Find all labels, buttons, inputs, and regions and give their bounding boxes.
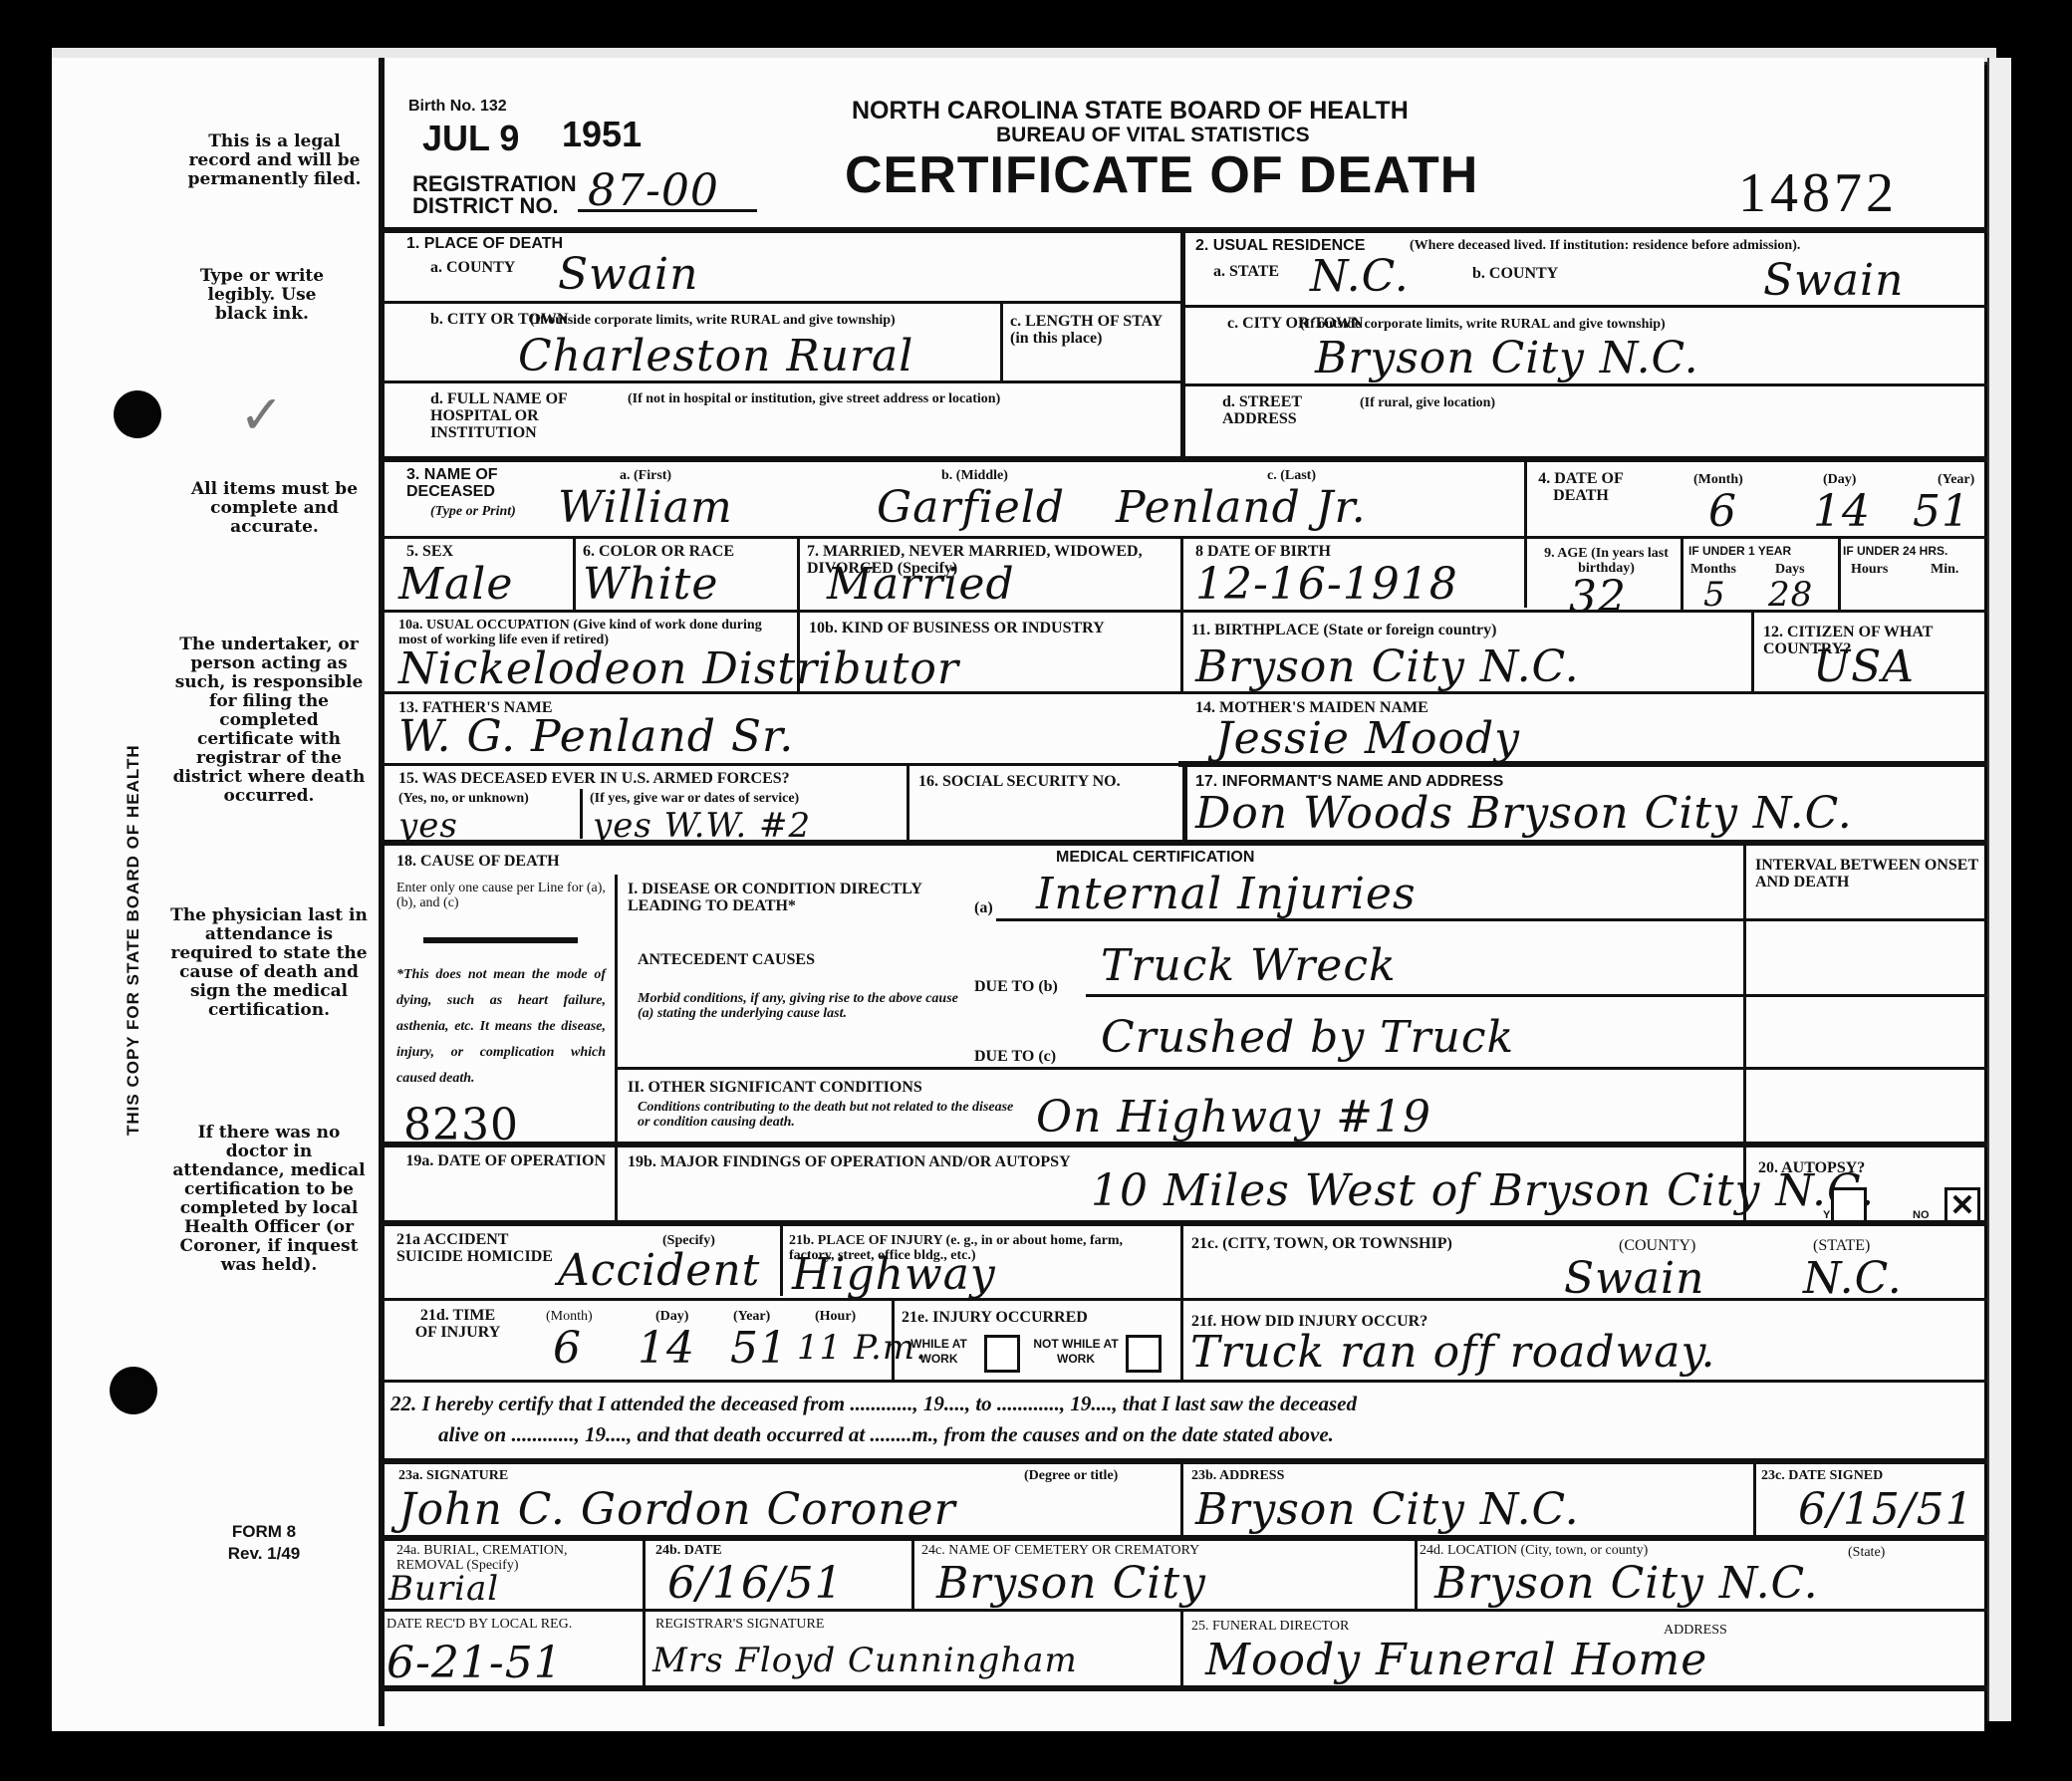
divider-sex [573,538,576,610]
received-stamp-date: JUL 9 [422,118,519,159]
divider-cemetery [1415,1539,1418,1609]
divider-registrar [1180,1611,1183,1685]
other-conditions-label: II. OTHER SIGNIFICANT CONDITIONS [628,1079,922,1096]
race-label: 6. COLOR OR RACE [583,543,734,560]
certifier-address-label: 23b. ADDRESS [1191,1468,1284,1483]
injury-location-label: 21c. (CITY, TOWN, OR TOWNSHIP) [1191,1235,1452,1252]
degree-label: (Degree or title) [1024,1468,1118,1483]
cause-b-value: Truck Wreck [1101,944,1397,988]
divider-date-of-death [1524,460,1527,608]
due-to-c-label: DUE TO (c) [974,1048,1056,1065]
marital-value: Married [827,563,1015,607]
ssn-label: 16. SOCIAL SECURITY NO. [918,773,1121,790]
rule-row-3 [382,536,1987,539]
certification-line-1: 22. I hereby certify that I attended the… [390,1392,1357,1416]
manner-label: 21a ACCIDENT SUICIDE HOMICIDE [396,1231,556,1265]
birth-number: Birth No. 132 [408,98,507,115]
age-value: 32 [1569,576,1627,620]
divider-injury-time [892,1300,895,1380]
certificate-title: CERTIFICATE OF DEATH [845,145,1478,205]
divider-disposition [643,1539,646,1609]
death-city-hint: (If outside corporate limits, write RURA… [530,313,896,328]
certifier-address-value: Bryson City N.C. [1195,1488,1580,1532]
armed-forces-label: 15. WAS DECEASED EVER IN U.S. ARMED FORC… [398,770,790,787]
deceased-name-hint: (Type or Print) [430,504,516,519]
informant-value: Don Woods Bryson City N.C. [1195,792,1853,836]
death-city-value: Charleston Rural [518,335,913,379]
signature-label: 23a. SIGNATURE [398,1468,508,1483]
armed-value: yes [398,809,458,843]
divider-marital [1180,538,1183,610]
birthplace-label: 11. BIRTHPLACE (State or foreign country… [1191,622,1496,638]
margin-legal-note: This is a legal record and will be perma… [177,132,372,189]
divider-autopsy [1743,1145,1746,1220]
margin-no-doctor-note: If there was no doctor in attendance, me… [169,1124,369,1275]
date-signed-value: 6/15/51 [1798,1488,1974,1532]
hours-label: Hours [1851,562,1888,577]
min-label: Min. [1931,562,1958,577]
divider-age [1681,538,1683,610]
under-year-label: IF UNDER 1 YEAR [1688,544,1791,559]
cause-separator [423,937,578,943]
rule-section-23 [382,1458,1987,1464]
divider-injury-location [1180,1224,1183,1380]
middle-name-value: Garfield [877,486,1065,530]
divider-date-received [643,1611,646,1685]
residence-county-label: b. COUNTY [1472,265,1558,282]
margin-type-note: Type or write legibly. Use black ink. [187,267,337,324]
race-value: White [583,563,718,607]
district-underline [578,209,757,212]
injury-hour-label: (Hour) [815,1309,856,1324]
divider-ssn [906,765,909,841]
injury-day-value: 14 [638,1327,695,1371]
injury-day-label: (Day) [655,1309,688,1324]
injury-state-label: (STATE) [1813,1237,1870,1254]
registrar-signature-label: REGISTRAR'S SIGNATURE [655,1617,824,1632]
age-days-value: 28 [1768,578,1813,612]
last-name-value: Penland Jr. [1116,486,1367,530]
injury-month-label: (Month) [546,1309,593,1324]
divider-stay [1000,303,1003,381]
armed-yes-hint: (Yes, no, or unknown) [398,791,529,806]
burial-location-value: Bryson City N.C. [1434,1562,1819,1606]
business-label: 10b. KIND OF BUSINESS OR INDUSTRY [809,620,1167,636]
date-received-label: DATE REC'D BY LOCAL REG. [387,1617,626,1632]
rule-section-18 [382,840,1987,846]
funeral-director-label: 25. FUNERAL DIRECTOR [1191,1619,1349,1634]
injury-county-value: Swain [1564,1257,1704,1301]
age-months-value: 5 [1703,578,1726,612]
residence-street-label: d. STREET ADDRESS [1222,393,1312,427]
first-name-label: a. (First) [620,468,671,483]
margin-items-note: All items must be complete and accurate. [177,480,372,537]
not-while-at-work-label: NOT WHILE AT WORK [1031,1337,1121,1367]
place-of-death-label: 1. PLACE OF DEATH [406,235,563,252]
first-name-value: William [558,486,733,530]
rule-row-10 [382,691,1987,694]
rule-section-19 [382,1142,1987,1147]
residence-state-value: N.C. [1310,255,1410,299]
father-value: W. G. Penland Sr. [398,715,794,759]
birthplace-value: Bryson City N.C. [1195,645,1580,689]
medical-certification-label: MEDICAL CERTIFICATION [1056,849,1254,866]
injury-year-value: 51 [730,1327,788,1371]
armed-war-value: yes W.W. #2 [593,809,811,843]
time-of-injury-label: 21d. TIME OF INJURY [410,1307,505,1341]
form-revision: Rev. 1/49 [209,1544,319,1563]
rule-row-21a [382,1298,1987,1301]
residence-street-hint: (If rural, give location) [1360,395,1495,410]
cause-footnote: *This does not mean the mode of dying, s… [396,962,606,1092]
length-of-stay-label: c. LENGTH OF STAY (in this place) [1010,313,1174,347]
cause-a-marker: (a) [974,899,993,916]
hospital-label: d. FULL NAME OF HOSPITAL OR INSTITUTION [430,390,630,441]
registrar-signature-value: Mrs Floyd Cunningham [652,1644,1078,1677]
date-of-death-label: 4. DATE OF DEATH [1536,470,1626,504]
other-conditions-value: On Highway #19 [1036,1096,1431,1140]
divider-signature [1180,1462,1183,1538]
interval-label: INTERVAL BETWEEN ONSET AND DEATH [1755,857,1984,890]
deceased-name-label: 3. NAME OF DECEASED [406,466,516,500]
death-month-value: 6 [1708,490,1737,534]
not-while-at-work-checkbox[interactable] [1126,1335,1162,1373]
cause-a-value: Internal Injuries [1036,873,1417,916]
divider-operation [615,1145,618,1220]
rule-row-21d [382,1380,1987,1383]
birth-date-value: 12-16-1918 [1195,563,1458,607]
death-county-label: a. COUNTY [430,259,515,276]
rule-2a [1185,305,1987,308]
rule-row-13-left [382,763,1178,766]
death-county-value: Swain [558,253,698,297]
death-day-value: 14 [1813,490,1871,534]
findings-label: 19b. MAJOR FINDINGS OF OPERATION AND/OR … [628,1153,1071,1170]
divider-informant [1182,763,1187,841]
divider-burial-date [911,1539,914,1609]
occupation-value: Nickelodeon Distributor [398,647,959,691]
certificate-number: 14872 [1738,161,1898,225]
rule-1b [382,381,1180,383]
injury-occurred-label: 21e. INJURY OCCURRED [902,1309,1088,1326]
burial-date-value: 6/16/51 [667,1562,844,1606]
disposition-value: Burial [388,1572,499,1606]
divider-manner [780,1224,783,1296]
while-at-work-label: WHILE AT WORK [902,1337,976,1367]
sex-value: Male [398,563,513,607]
rule-section-24 [382,1535,1987,1541]
rule-bottom [382,1685,1987,1691]
paper-right-edge [1987,58,2011,1721]
rule-part-ii [616,1067,1987,1070]
cause-of-death-label: 18. CAUSE OF DEATH [396,853,560,870]
cemetery-label: 24c. NAME OF CEMETERY OR CREMATORY [921,1543,1199,1558]
rule-1a [382,301,1180,304]
rule-row-13-right [1178,761,1987,767]
rule-section-3 [382,456,1987,462]
rule-section-21 [382,1220,1987,1226]
interval-line-b [1745,994,1987,997]
district-number: 87-00 [588,169,719,213]
mother-value: Jessie Moody [1215,717,1520,761]
rule-2b [1185,383,1987,386]
divider-place-residence [1180,231,1185,456]
birth-date-label: 8 DATE OF BIRTH [1195,543,1331,560]
certification-line-2: alive on ............, 19...., and that … [438,1422,1334,1447]
burial-state-label: (State) [1848,1545,1885,1560]
middle-name-label: b. (Middle) [941,468,1008,483]
under-day-label: IF UNDER 24 HRS. [1843,544,1947,559]
divider-cause [615,875,618,1142]
autopsy-label: 20. AUTOPSY? [1758,1159,1865,1176]
received-stamp-year: 1951 [562,114,642,155]
due-to-b-label: DUE TO (b) [974,978,1058,995]
divider-interval [1743,843,1746,1142]
divider-business [1180,612,1183,691]
margin-physician-note: The physician last in attendance is requ… [169,906,369,1020]
agency-name: NORTH CAROLINA STATE BOARD OF HEALTH [852,97,1409,126]
armed-war-hint: (If yes, give war or dates of service) [590,791,799,806]
vertical-copy-note: THIS COPY FOR STATE BOARD OF HEALTH [124,744,143,1136]
place-of-injury-value: Highway [792,1253,996,1297]
cause-a-line [996,918,1743,921]
death-year-value: 51 [1913,490,1970,534]
while-at-work-checkbox[interactable] [984,1335,1020,1373]
death-city-label: b. CITY OR TOWN [430,311,490,328]
divider-race [797,538,800,610]
date-signed-label: 23c. DATE SIGNED [1761,1468,1883,1483]
other-conditions-hint: Conditions contributing to the death but… [638,1100,1016,1130]
manner-value: Accident [558,1249,760,1293]
residence-county-value: Swain [1763,259,1904,303]
district-label: DISTRICT NO. [412,193,559,219]
residence-city-label: c. CITY OR TOWN [1227,315,1297,332]
rule-row-24 [382,1609,1987,1612]
form-number: FORM 8 [209,1522,319,1541]
disease-condition-label: I. DISEASE OR CONDITION DIRECTLY LEADING… [628,881,966,914]
residence-state-label: a. STATE [1213,263,1279,280]
how-injury-value: Truck ran off roadway. [1190,1331,1715,1375]
injury-year-label: (Year) [733,1309,770,1324]
residence-city-value: Bryson City N.C. [1315,337,1699,381]
death-month-label: (Month) [1693,472,1743,487]
operation-date-label: 19a. DATE OF OPERATION [396,1152,606,1169]
interval-line-a [1745,918,1987,921]
death-day-label: (Day) [1823,472,1856,487]
cause-c-value: Crushed by Truck [1101,1016,1514,1060]
death-year-label: (Year) [1938,472,1974,487]
divider-armed [580,789,583,839]
citizen-value: USA [1813,645,1915,689]
signature-value: John C. Gordon Coroner [398,1488,956,1532]
burial-location-label: 24d. LOCATION (City, town, or county) [1420,1543,1648,1558]
checkmark-icon: ✓ [239,383,284,446]
antecedent-hint: Morbid conditions, if any, giving rise t… [638,991,966,1021]
residence-city-hint: (If outside corporate limits, write RURA… [1300,317,1666,332]
certificate-paper [52,58,1984,1731]
cause-hint: Enter only one cause per Line for (a), (… [396,881,611,910]
residence-hint: (Where deceased lived. If institution: r… [1410,238,1800,253]
divider-under-year [1838,538,1841,610]
antecedent-label: ANTECEDENT CAUSES [638,951,815,968]
divider-date-signed [1753,1462,1756,1538]
punch-hole-bottom [110,1367,157,1414]
injury-month-value: 6 [553,1327,582,1371]
funeral-director-value: Moody Funeral Home [1205,1639,1707,1682]
cause-b-line [1086,994,1743,997]
date-received-value: 6-21-51 [387,1642,563,1685]
cemetery-value: Bryson City [936,1562,1206,1606]
rule-row-5 [382,610,1987,613]
injury-county-label: (COUNTY) [1619,1237,1695,1254]
form-left-border [379,58,385,1726]
divider-birthplace [1751,612,1754,691]
hospital-hint: (If not in hospital or institution, give… [628,391,1000,406]
punch-hole-top [114,390,161,438]
divider-occupation [797,612,800,691]
burial-date-label: 24b. DATE [655,1543,722,1558]
injury-state-value: N.C. [1803,1257,1903,1301]
sex-label: 5. SEX [406,543,453,560]
margin-undertaker-note: The undertaker, or person acting as such… [169,636,369,806]
bureau-name: BUREAU OF VITAL STATISTICS [996,124,1310,147]
last-name-label: c. (Last) [1267,468,1316,483]
